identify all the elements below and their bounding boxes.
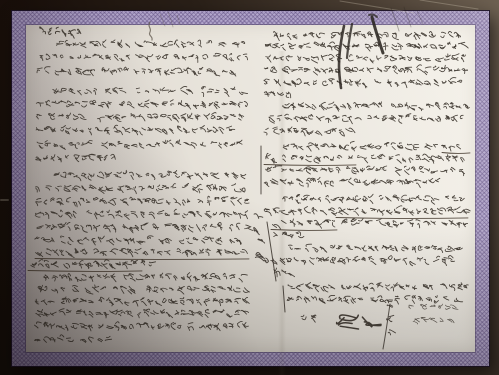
background-scratch <box>0 199 9 201</box>
photo-background <box>0 0 499 375</box>
paper-center-crease <box>278 51 286 375</box>
display-board <box>12 11 489 366</box>
background-wire <box>420 0 478 9</box>
letter-paper <box>26 25 475 352</box>
